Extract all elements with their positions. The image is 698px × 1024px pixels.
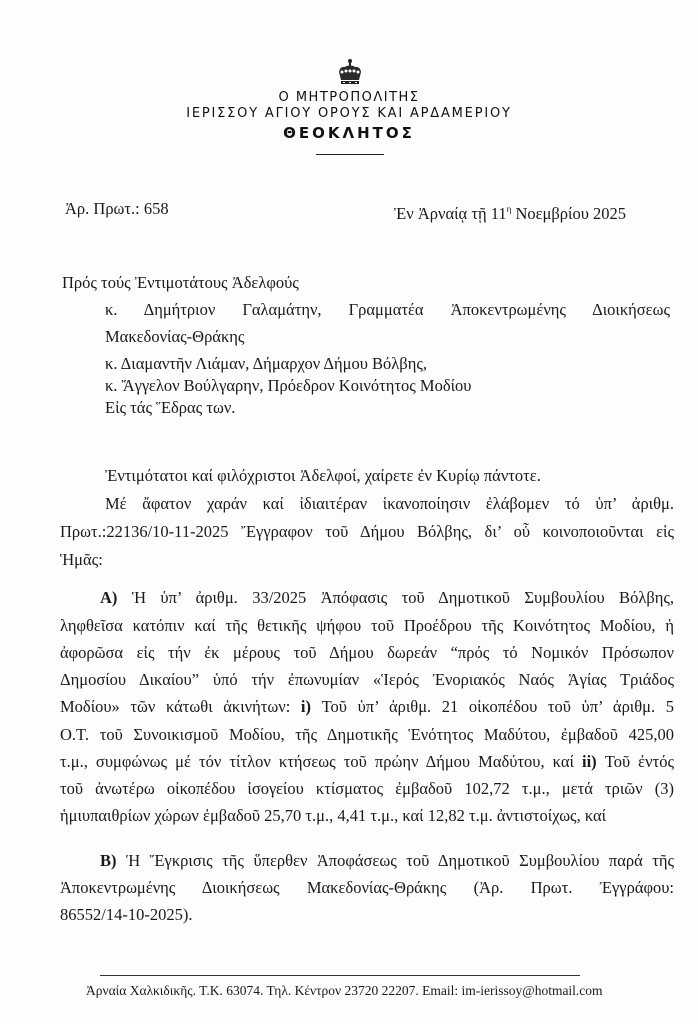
letterhead-title: Ο ΜΗΤΡΟΠΟΛΙΤΗΣ — [0, 90, 698, 105]
section-a-text: τ.μ., συμφώνως μέ τόν τίτλον κτήσεως τοῦ… — [60, 752, 582, 771]
footer-divider — [100, 975, 580, 976]
section-a-text: Μοδίου» τῶν κάτωθι ἀκινήτων: — [60, 697, 301, 716]
footer-contact: Ἀρναία Χαλκιδικῆς. Τ.Κ. 63074. Τηλ. Κέντ… — [86, 983, 603, 999]
item-i-label: i) — [301, 697, 311, 716]
section-b-text: Ἡ Ἔγκρισις τῆς ὕπερθεν Ἀποφάσεως τοῦ Δημ… — [117, 851, 675, 870]
item-ii-label: ii) — [582, 752, 597, 771]
section-b-line: 86552/14-10-2025). — [60, 905, 192, 925]
protocol-number: Ἀρ. Πρωτ.: 658 — [65, 199, 169, 219]
section-a-line: Δημοσίου Δικαίου” ὑπό τήν ἐπωνυμίαν «Ἱερ… — [60, 670, 674, 690]
recipient-line: κ. Διαμαντῆν Λιάμαν, Δήμαρχον Δήμου Βόλβ… — [105, 354, 427, 374]
recipient-line: κ. Ἄγγελον Βούλγαρην, Πρόεδρον Κοινότητο… — [105, 376, 471, 396]
letterhead-divider — [316, 154, 384, 155]
section-b-line: Β) Ἡ Ἔγκρισις τῆς ὕπερθεν Ἀποφάσεως τοῦ … — [100, 851, 674, 871]
greeting: Ἐντιμότατοι καί φιλόχριστοι Ἀδελφοί, χαί… — [105, 466, 541, 486]
section-a-line: ἡμιυπαιθρίων χώρων ἐμβαδοῦ 25,70 τ.μ., 4… — [60, 806, 606, 826]
paragraph-line: Ἡμᾶς: — [60, 550, 103, 570]
section-a-text: Τοῦ ὑπ’ ἀριθμ. 21 οἰκοπέδου τοῦ ὑπ’ ἀριθ… — [311, 697, 674, 716]
letter-date: Ἐν Ἀρναίᾳ τῇ 11η Νοεμβρίου 2025 — [394, 199, 626, 224]
paragraph-line: Μέ ἄφατον χαράν καί ἰδιαιτέραν ἱκανοποίη… — [105, 494, 674, 514]
recipient-line: κ. Δημήτριον Γαλαμάτην, Γραμματέα Ἀποκεν… — [105, 300, 670, 320]
section-a-line: τ.μ., συμφώνως μέ τόν τίτλον κτήσεως τοῦ… — [60, 752, 674, 772]
recipient-line: Εἰς τάς Ἕδρας των. — [105, 398, 235, 418]
section-a-line: ἀφορῶσα εἰς τήν ἐκ μέρους τοῦ Δήμου δωρε… — [60, 643, 674, 663]
date-prefix: Ἐν Ἀρναίᾳ τῇ 11 — [394, 204, 507, 223]
section-a-text: Τοῦ ἐντός — [597, 752, 674, 771]
section-a-line: τοῦ ἀνωτέρω οἰκοπέδου ἰσογείου κτίσματος… — [60, 779, 674, 799]
section-a-line: Μοδίου» τῶν κάτωθι ἀκινήτων: i) Τοῦ ὑπ’ … — [60, 697, 674, 717]
recipient-line: Μακεδονίας-Θράκης — [105, 327, 244, 347]
section-a-text: Ἡ ὑπ’ ἀριθμ. 33/2025 Ἀπόφασις τοῦ Δημοτι… — [117, 588, 674, 607]
section-a-line: ληφθεῖσα κατόπιν καί τῆς θετικῆς ψήφου τ… — [60, 616, 674, 636]
recipients-intro: Πρός τούς Ἐντιμοτάτους Ἀδελφούς — [62, 273, 299, 293]
section-a-line: Α) Ἡ ὑπ’ ἀριθμ. 33/2025 Ἀπόφασις τοῦ Δημ… — [100, 588, 674, 608]
section-a-line: Ο.Τ. τοῦ Συνοικισμοῦ Μοδίου, τῆς Δημοτικ… — [60, 725, 674, 745]
letterhead-name: ΘΕΟΚΛΗΤΟΣ — [0, 124, 698, 142]
section-b-label: Β) — [100, 851, 117, 870]
letter-page: Ο ΜΗΤΡΟΠΟΛΙΤΗΣ ΙΕΡΙΣΣΟΥ ΑΓΙΟΥ ΟΡΟΥΣ ΚΑΙ … — [0, 0, 698, 1024]
crown-icon — [336, 58, 364, 88]
section-b-line: Ἀποκεντρωμένης Διοικήσεως Μακεδονίας-Θρά… — [60, 878, 674, 898]
date-suffix: Νοεμβρίου 2025 — [511, 204, 626, 223]
paragraph-line: Πρωτ.:22136/10-11-2025 Ἔγγραφον τοῦ Δήμο… — [60, 522, 674, 542]
section-a-label: Α) — [100, 588, 117, 607]
letterhead-diocese: ΙΕΡΙΣΣΟΥ ΑΓΙΟΥ ΟΡΟΥΣ ΚΑΙ ΑΡΔΑΜΕΡΙΟΥ — [0, 106, 698, 121]
